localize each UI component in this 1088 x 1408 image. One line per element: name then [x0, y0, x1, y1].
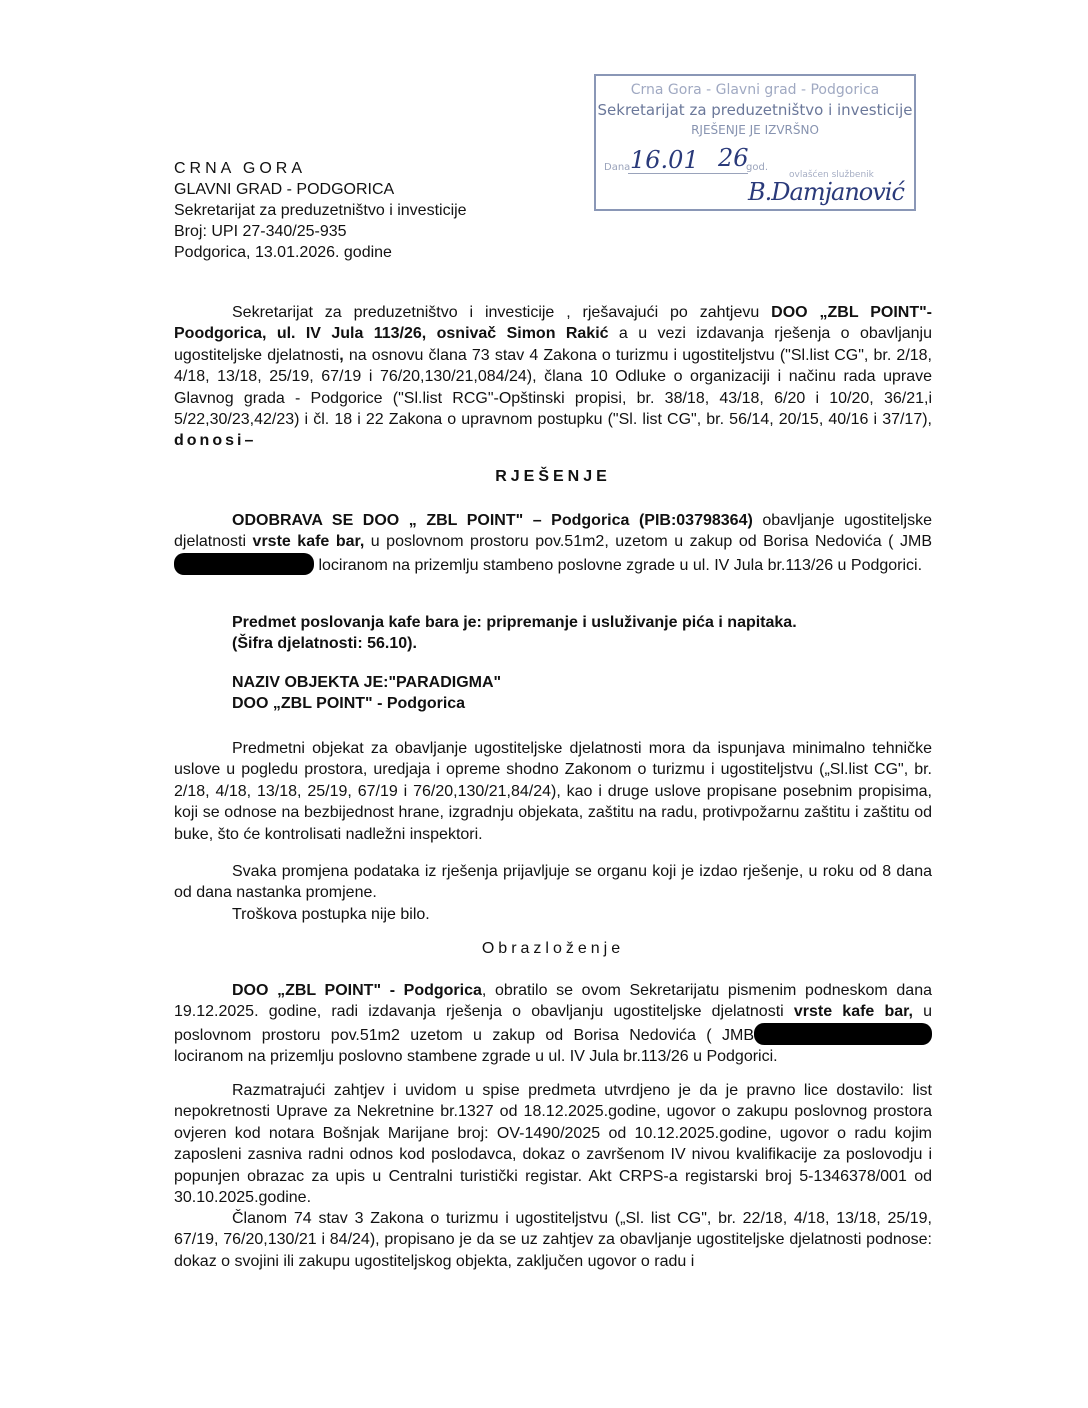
document-header: CRNA GORA GLAVNI GRAD - PODGORICA Sekret… [174, 158, 467, 263]
stamp-date-label: Dana [604, 162, 630, 173]
official-signature: B.Damjanović [748, 178, 904, 206]
stamp-authority: Crna Gora - Glavni grad - Podgorica [596, 82, 914, 98]
reasoning-title: Obrazloženje [174, 940, 932, 958]
header-country: CRNA GORA [174, 158, 467, 179]
header-secretariat: Sekretarijat za preduzetništvo i investi… [174, 200, 467, 221]
costs-paragraph: Troškova postupka nije bilo. [174, 904, 932, 925]
decision-title: RJEŠENJE [174, 468, 932, 486]
stamp-date-underline [628, 173, 748, 174]
enforceability-stamp: Crna Gora - Glavni grad - Podgorica Sekr… [594, 74, 916, 211]
stamp-status: RJEŠENJE JE IZVRŠNO [596, 123, 914, 137]
header-case-number: Broj: UPI 27-340/25-935 [174, 221, 467, 242]
stamp-date-handwritten: 16.01 [630, 146, 699, 174]
redacted-jmb [174, 553, 314, 575]
intro-paragraph: Sekretarijat za preduzetništvo i investi… [174, 302, 932, 452]
redacted-jmb [754, 1023, 932, 1045]
reasoning-paragraph-1: DOO „ZBL POINT" - Podgorica, obratilo se… [174, 980, 932, 1068]
header-place-date: Podgorica, 13.01.2026. godine [174, 242, 467, 263]
object-name: NAZIV OBJEKTA JE:"PARADIGMA" DOO „ZBL PO… [232, 672, 932, 715]
conditions-paragraph: Predmetni objekat za obavljanje ugostite… [174, 738, 932, 845]
business-subject: Predmet poslovanja kafe bara je: priprem… [232, 612, 932, 655]
stamp-secretariat: Sekretarijat za preduzetništvo i investi… [596, 101, 914, 119]
stamp-year-label: god. [746, 162, 768, 173]
decision-paragraph: ODOBRAVA SE DOO „ ZBL POINT" – Podgorica… [174, 510, 932, 576]
changes-paragraph: Svaka promjena podataka iz rješenja prij… [174, 861, 932, 904]
reasoning-paragraph-2: Razmatrajući zahtjev i uvidom u spise pr… [174, 1080, 932, 1208]
header-city: GLAVNI GRAD - PODGORICA [174, 179, 467, 200]
stamp-year-handwritten: 26 [718, 144, 749, 172]
reasoning-paragraph-3: Članom 74 stav 3 Zakona o turizmu i ugos… [174, 1208, 932, 1272]
